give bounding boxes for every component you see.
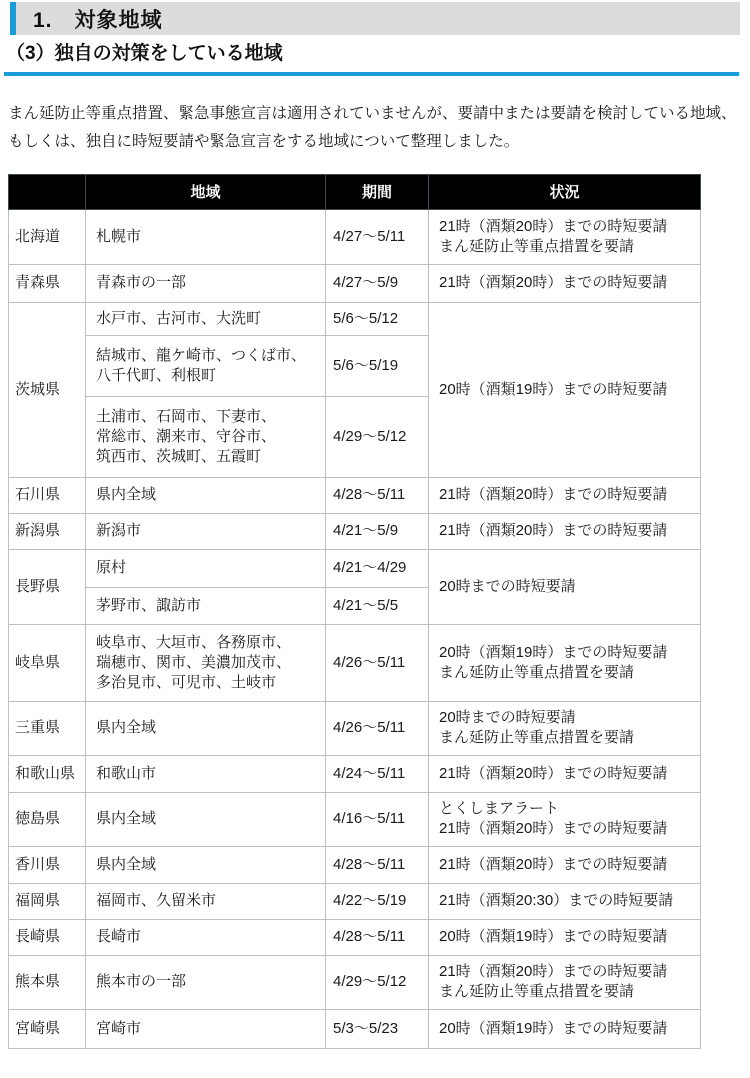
table-row: 長野県 原村 4/21～4/29 20時までの時短要請 [9, 549, 701, 587]
period-cell: 4/22～5/19 [326, 883, 429, 919]
period-cell: 4/27～5/11 [326, 209, 429, 264]
header-region: 地域 [86, 174, 326, 209]
table-row: 北海道 札幌市 4/27～5/11 21時（酒類20時）までの時短要請 まん延防… [9, 209, 701, 264]
region-cell: 福岡市、久留米市 [86, 883, 326, 919]
pref-cell: 北海道 [9, 209, 86, 264]
table-row: 岐阜県 岐阜市、大垣市、各務原市、 瑞穂市、関市、美濃加茂市、 多治見市、可児市… [9, 624, 701, 701]
region-cell: 札幌市 [86, 209, 326, 264]
period-cell: 4/28～5/11 [326, 919, 429, 955]
period-cell: 4/21～5/5 [326, 587, 429, 624]
region-cell: 水戸市、古河市、大洗町 [86, 302, 326, 335]
region-cell: 岐阜市、大垣市、各務原市、 瑞穂市、関市、美濃加茂市、 多治見市、可児市、土岐市 [86, 624, 326, 701]
region-cell: 結城市、龍ケ崎市、つくば市、 八千代町、利根町 [86, 335, 326, 396]
region-cell: 県内全域 [86, 792, 326, 846]
pref-cell: 新潟県 [9, 513, 86, 549]
pref-cell: 香川県 [9, 846, 86, 883]
table-row: 福岡県 福岡市、久留米市 4/22～5/19 21時（酒類20:30）までの時短… [9, 883, 701, 919]
pref-cell: 福岡県 [9, 883, 86, 919]
period-cell: 4/27～5/9 [326, 264, 429, 302]
period-cell: 5/6～5/12 [326, 302, 429, 335]
status-cell: 20時までの時短要請 まん延防止等重点措置を要請 [429, 701, 701, 755]
table-row: 長崎県 長崎市 4/28～5/11 20時（酒類19時）までの時短要請 [9, 919, 701, 955]
pref-cell: 徳島県 [9, 792, 86, 846]
document-page: 1. 対象地域 （3）独自の対策をしている地域 まん延防止等重点措置、緊急事態宣… [0, 0, 750, 1078]
period-cell: 4/26～5/11 [326, 701, 429, 755]
intro-paragraph: まん延防止等重点措置、緊急事態宣言は適用されていませんが、要請中または要請を検討… [8, 100, 740, 156]
header-status: 状況 [429, 174, 701, 209]
status-cell: 20時（酒類19時）までの時短要請 まん延防止等重点措置を要請 [429, 624, 701, 701]
header-period: 期間 [326, 174, 429, 209]
pref-cell: 長野県 [9, 549, 86, 624]
region-cell: 県内全域 [86, 846, 326, 883]
status-cell: 20時（酒類19時）までの時短要請 [429, 302, 701, 477]
pref-cell: 長崎県 [9, 919, 86, 955]
status-cell: 21時（酒類20時）までの時短要請 まん延防止等重点措置を要請 [429, 209, 701, 264]
pref-cell: 茨城県 [9, 302, 86, 477]
pref-cell: 石川県 [9, 477, 86, 513]
status-cell: 21時（酒類20時）までの時短要請 [429, 846, 701, 883]
region-cell: 茅野市、諏訪市 [86, 587, 326, 624]
status-cell: 20時（酒類19時）までの時短要請 [429, 1009, 701, 1048]
region-cell: 宮崎市 [86, 1009, 326, 1048]
status-cell: 21時（酒類20:30）までの時短要請 [429, 883, 701, 919]
pref-cell: 宮崎県 [9, 1009, 86, 1048]
region-cell: 新潟市 [86, 513, 326, 549]
period-cell: 4/16～5/11 [326, 792, 429, 846]
period-cell: 4/28～5/11 [326, 846, 429, 883]
subsection-title: （3）独自の対策をしている地域 [6, 38, 750, 65]
region-cell: 県内全域 [86, 701, 326, 755]
regions-table: 地域 期間 状況 北海道 札幌市 4/27～5/11 21時（酒類20時）までの… [8, 174, 701, 1049]
region-cell: 土浦市、石岡市、下妻市、 常総市、潮来市、守谷市、 筑西市、茨城町、五霞町 [86, 396, 326, 477]
status-cell: 20時までの時短要請 [429, 549, 701, 624]
pref-cell: 岐阜県 [9, 624, 86, 701]
status-cell: とくしまアラート 21時（酒類20時）までの時短要請 [429, 792, 701, 846]
status-cell: 21時（酒類20時）までの時短要請 [429, 513, 701, 549]
region-cell: 県内全域 [86, 477, 326, 513]
period-cell: 4/21～5/9 [326, 513, 429, 549]
status-cell: 21時（酒類20時）までの時短要請 [429, 755, 701, 792]
period-cell: 4/21～4/29 [326, 549, 429, 587]
region-cell: 原村 [86, 549, 326, 587]
pref-cell: 青森県 [9, 264, 86, 302]
section-title: 1. 対象地域 [33, 4, 163, 34]
period-cell: 5/3～5/23 [326, 1009, 429, 1048]
status-cell: 21時（酒類20時）までの時短要請 [429, 264, 701, 302]
period-cell: 4/29～5/12 [326, 955, 429, 1009]
region-cell: 青森市の一部 [86, 264, 326, 302]
divider-rule [4, 72, 739, 76]
table-row: 熊本県 熊本市の一部 4/29～5/12 21時（酒類20時）までの時短要請 ま… [9, 955, 701, 1009]
period-cell: 5/6～5/19 [326, 335, 429, 396]
table-row: 香川県 県内全域 4/28～5/11 21時（酒類20時）までの時短要請 [9, 846, 701, 883]
period-cell: 4/26～5/11 [326, 624, 429, 701]
status-cell: 20時（酒類19時）までの時短要請 [429, 919, 701, 955]
table-row: 青森県 青森市の一部 4/27～5/9 21時（酒類20時）までの時短要請 [9, 264, 701, 302]
period-cell: 4/29～5/12 [326, 396, 429, 477]
table-row: 宮崎県 宮崎市 5/3～5/23 20時（酒類19時）までの時短要請 [9, 1009, 701, 1048]
table-header-row: 地域 期間 状況 [9, 174, 701, 209]
period-cell: 4/24～5/11 [326, 755, 429, 792]
status-cell: 21時（酒類20時）までの時短要請 [429, 477, 701, 513]
pref-cell: 熊本県 [9, 955, 86, 1009]
section-title-band: 1. 対象地域 [10, 2, 740, 35]
region-cell: 熊本市の一部 [86, 955, 326, 1009]
header-pref [9, 174, 86, 209]
pref-cell: 三重県 [9, 701, 86, 755]
table-row: 茨城県 水戸市、古河市、大洗町 5/6～5/12 20時（酒類19時）までの時短… [9, 302, 701, 335]
table-row: 石川県 県内全域 4/28～5/11 21時（酒類20時）までの時短要請 [9, 477, 701, 513]
region-cell: 和歌山市 [86, 755, 326, 792]
table-row: 新潟県 新潟市 4/21～5/9 21時（酒類20時）までの時短要請 [9, 513, 701, 549]
status-cell: 21時（酒類20時）までの時短要請 まん延防止等重点措置を要請 [429, 955, 701, 1009]
table-row: 三重県 県内全域 4/26～5/11 20時までの時短要請 まん延防止等重点措置… [9, 701, 701, 755]
region-cell: 長崎市 [86, 919, 326, 955]
table-row: 和歌山県 和歌山市 4/24～5/11 21時（酒類20時）までの時短要請 [9, 755, 701, 792]
period-cell: 4/28～5/11 [326, 477, 429, 513]
table-row: 徳島県 県内全域 4/16～5/11 とくしまアラート 21時（酒類20時）まで… [9, 792, 701, 846]
pref-cell: 和歌山県 [9, 755, 86, 792]
